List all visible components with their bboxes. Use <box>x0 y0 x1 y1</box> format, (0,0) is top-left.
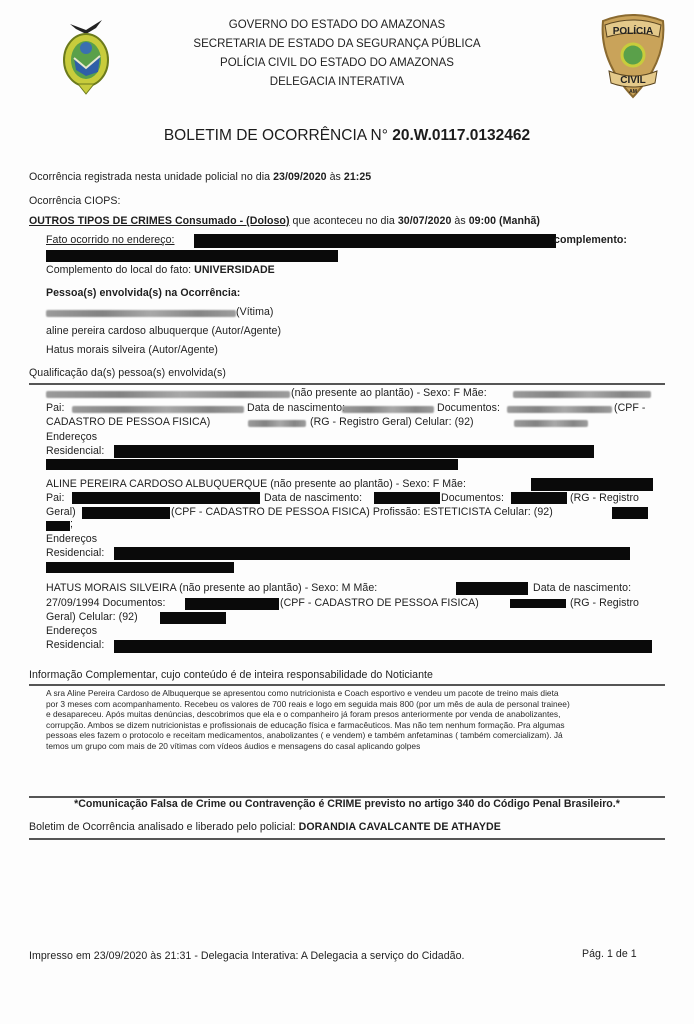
person3-cpf-type: (CPF - CADASTRO DE PESSOA FISICA) <box>280 597 479 609</box>
complementary-line: temos um grupo com mais de 20 vítimas co… <box>46 741 570 752</box>
crime-line: OUTROS TIPOS DE CRIMES Consumado - (Dolo… <box>29 215 540 227</box>
blurred-name <box>46 391 290 398</box>
registration-line: Ocorrência registrada nesta unidade poli… <box>29 171 371 183</box>
redacted-residence-cont <box>46 459 458 470</box>
crime-text: que aconteceu no dia <box>293 215 395 227</box>
person1-rg-phone: (RG - Registro Geral) Celular: (92) <box>310 416 474 428</box>
svg-text:CIVIL: CIVIL <box>620 75 646 86</box>
place-complement-label: Complemento do local do fato: <box>46 264 191 276</box>
person3-addresses-label: Endereços <box>46 625 97 637</box>
person1-father-label: Pai: <box>46 402 64 414</box>
redacted-rg <box>511 492 567 504</box>
complement-label: complemento: <box>554 234 627 246</box>
complementary-line: e desapareceu. Após muitas denúncias, de… <box>46 709 570 720</box>
person1-addresses-label: Endereços <box>46 431 97 443</box>
divider <box>29 684 665 686</box>
blurred-cpf <box>507 406 612 413</box>
person1-cpf-label: (CPF - <box>614 402 646 414</box>
involved-person-2: aline pereira cardoso albuquerque (Autor… <box>46 325 281 337</box>
redacted-cpf <box>82 507 170 519</box>
person1-birth-label: Data de nascimento: <box>247 402 345 414</box>
amazonas-coat-of-arms-icon <box>56 16 116 96</box>
blurred-phone <box>514 420 588 427</box>
person2-addresses-label: Endereços <box>46 533 97 545</box>
victim-role: (Vítima) <box>236 306 273 318</box>
released-line: Boletim de Ocorrência analisado e libera… <box>29 821 501 833</box>
redacted-cpf <box>185 598 279 610</box>
crime-date: 30/07/2020 <box>398 215 452 227</box>
person3-residential-label: Residencial: <box>46 639 104 651</box>
address-label: Fato ocorrido no endereço: <box>46 234 175 246</box>
place-complement-value: UNIVERSIDADE <box>194 264 275 276</box>
blurred-birthdate <box>342 406 434 413</box>
header-delegacia: DELEGACIA INTERATIVA <box>187 76 487 88</box>
false-report-warning: *Comunicação Falsa de Crime ou Contraven… <box>0 798 694 810</box>
complementary-heading: Informação Complementar, cujo conteúdo é… <box>29 669 433 681</box>
involved-person-3: Hatus morais silveira (Autor/Agente) <box>46 344 218 356</box>
person2-line1: ALINE PEREIRA CARDOSO ALBUQUERQUE (não p… <box>46 478 466 490</box>
crime-type: OUTROS TIPOS DE CRIMES Consumado - (Dolo… <box>29 215 290 227</box>
redacted-mother <box>456 582 528 595</box>
person2-semicolon: ; <box>70 518 73 530</box>
qualification-heading: Qualificação da(s) pessoa(s) envolvida(s… <box>29 367 226 379</box>
crime-at: às <box>454 215 465 227</box>
person1-docs-label: Documentos: <box>437 402 500 414</box>
registration-time: 21:25 <box>344 171 371 183</box>
person2-rg-type: Geral) <box>46 506 76 518</box>
complementary-line: A sra Aline Pereira Cardoso de Albuquerq… <box>46 688 570 699</box>
person2-residential-label: Residencial: <box>46 547 104 559</box>
complementary-text: A sra Aline Pereira Cardoso de Albuquerq… <box>46 688 570 752</box>
person1-cpf-type: CADASTRO DE PESSOA FISICA) <box>46 416 210 428</box>
policia-civil-badge-icon: POLÍCIA CIVIL AM <box>597 11 669 99</box>
released-officer: DORANDIA CAVALCANTE DE ATHAYDE <box>299 821 501 833</box>
registration-date: 23/09/2020 <box>273 171 327 183</box>
crime-time: 09:00 <box>469 215 496 227</box>
complementary-line: por 3 meses com acompanhamento. Recebeu … <box>46 699 570 710</box>
crime-period: (Manhã) <box>499 215 540 227</box>
header-police: POLÍCIA CIVIL DO ESTADO DO AMAZONAS <box>187 57 487 69</box>
person2-rg-label: (RG - Registro <box>570 492 639 504</box>
occurrence-number: 20.W.0117.0132462 <box>392 127 530 144</box>
redacted-residence <box>114 640 652 653</box>
registration-at: às <box>330 171 341 183</box>
person3-line1: HATUS MORAIS SILVEIRA (não presente ao p… <box>46 582 377 594</box>
redacted-rg <box>510 599 566 608</box>
redacted-father <box>72 492 260 504</box>
complementary-line: corrupção. Ambos se dizem nutricionistas… <box>46 720 570 731</box>
redacted-residence <box>114 547 630 560</box>
complementary-line: pessoas eles fazem o protocolo e receita… <box>46 730 570 741</box>
title-prefix: BOLETIM DE OCORRÊNCIA N° <box>164 127 388 144</box>
person3-phone-label: Geral) Celular: (92) <box>46 611 138 623</box>
blurred-victim-name <box>46 310 236 317</box>
place-complement: Complemento do local do fato: UNIVERSIDA… <box>46 264 275 276</box>
redacted-phone <box>160 612 226 624</box>
header-secretariat: SECRETARIA DE ESTADO DA SEGURANÇA PÚBLIC… <box>187 38 487 50</box>
header-government: GOVERNO DO ESTADO DO AMAZONAS <box>187 19 487 31</box>
redacted-address <box>194 234 556 248</box>
redacted-phone-cont <box>46 521 70 531</box>
person1-line1: (não presente ao plantão) - Sexo: F Mãe: <box>291 387 487 399</box>
registration-text: Ocorrência registrada nesta unidade poli… <box>29 171 270 183</box>
released-label: Boletim de Ocorrência analisado e libera… <box>29 821 296 833</box>
involved-heading: Pessoa(s) envolvida(s) na Ocorrência: <box>46 287 240 299</box>
blurred-father <box>72 406 244 413</box>
divider <box>29 838 665 840</box>
divider <box>29 383 665 385</box>
person2-docs-label: Documentos: <box>441 492 504 504</box>
person3-birth-label: Data de nascimento: <box>533 582 631 594</box>
ciops-label: Ocorrência CIOPS: <box>29 195 121 207</box>
redacted-mother <box>531 478 653 491</box>
person1-residential-label: Residencial: <box>46 445 104 457</box>
redacted-birthdate <box>374 492 440 504</box>
printed-info: Impresso em 23/09/2020 às 21:31 - Delega… <box>29 950 465 962</box>
document-title: BOLETIM DE OCORRÊNCIA N° 20.W.0117.01324… <box>0 127 694 145</box>
blurred-rg <box>248 420 306 427</box>
document-page: GOVERNO DO ESTADO DO AMAZONAS SECRETARIA… <box>0 0 694 1024</box>
svg-text:AM: AM <box>629 89 637 95</box>
person2-birth-label: Data de nascimento: <box>264 492 362 504</box>
page-number: Pág. 1 de 1 <box>582 948 637 960</box>
redacted-complement <box>46 250 338 262</box>
redacted-phone <box>612 507 648 519</box>
person3-rg-label: (RG - Registro <box>570 597 639 609</box>
svg-text:POLÍCIA: POLÍCIA <box>613 24 654 37</box>
redacted-residence <box>114 445 594 458</box>
redacted-residence-cont <box>46 562 234 573</box>
person2-profession-phone: (CPF - CADASTRO DE PESSOA FISICA) Profis… <box>171 506 553 518</box>
person2-father-label: Pai: <box>46 492 64 504</box>
blurred-mother <box>513 391 651 398</box>
person3-birthdate-docs: 27/09/1994 Documentos: <box>46 597 165 609</box>
